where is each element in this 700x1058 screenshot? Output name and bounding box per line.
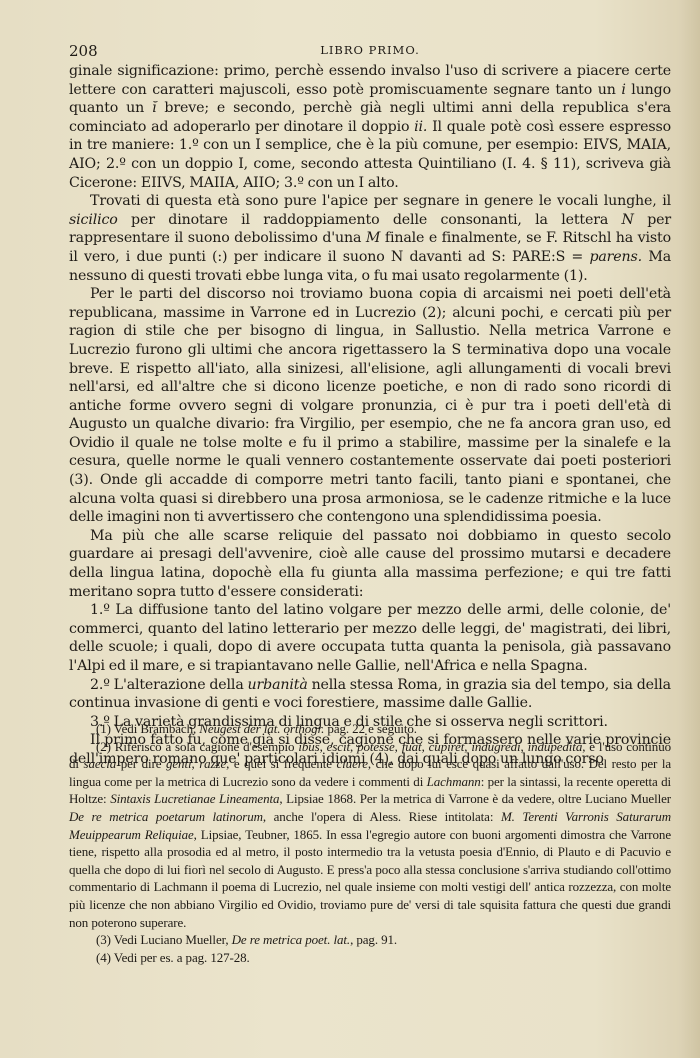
body-text: ginale significazione: primo, perchè ess… (69, 62, 671, 769)
page-header: 208 LIBRO PRIMO. (69, 42, 671, 62)
paragraph-1: ginale significazione: primo, perchè ess… (69, 62, 671, 192)
footnote-1: (1) Vedi Brambach, Neugest der lat. orth… (69, 720, 671, 738)
paragraph-2: Trovati di questa età sono pure l'apice … (69, 192, 671, 285)
paragraph-3: Per le parti del discorso noi troviamo b… (69, 285, 671, 527)
list-item-1: 1.º La diffusione tanto del latino volga… (69, 601, 671, 675)
running-head: LIBRO PRIMO. (69, 43, 671, 57)
footnotes: (1) Vedi Brambach, Neugest der lat. orth… (69, 720, 671, 966)
book-page: 208 LIBRO PRIMO. ginale significazione: … (69, 42, 671, 769)
footnote-4: (4) Vedi per es. a pag. 127-28. (69, 949, 671, 967)
list-item-2: 2.º L'alterazione della urbanità nella s… (69, 676, 671, 713)
footnote-2: (2) Riferisco a sola cagione d'esempio i… (69, 738, 671, 932)
footnote-3: (3) Vedi Luciano Mueller, De re metrica … (69, 931, 671, 949)
paragraph-4: Ma più che alle scarse reliquie del pass… (69, 527, 671, 601)
